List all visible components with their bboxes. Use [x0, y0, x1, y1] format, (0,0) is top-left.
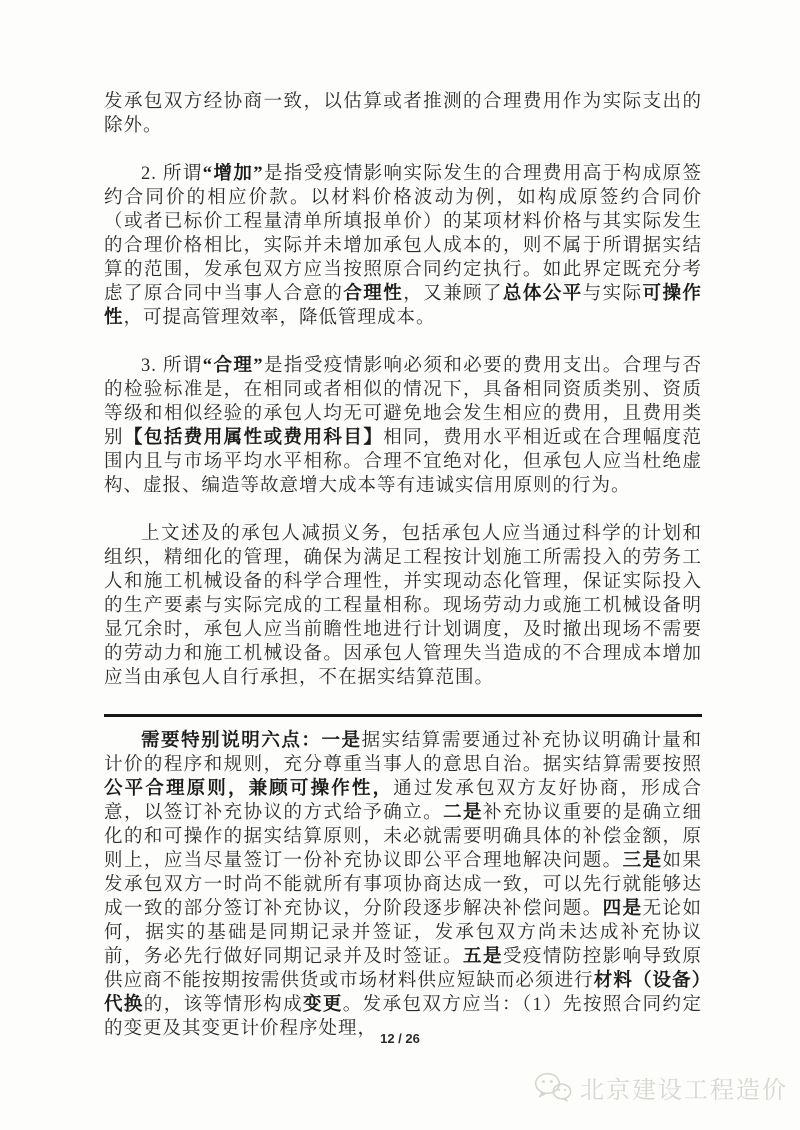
document-page: 发承包双方经协商一致，以估算或者推测的合理费用作为实际支出的除外。2. 所谓“增… — [0, 0, 800, 1130]
paragraph: 发承包双方经协商一致，以估算或者推测的合理费用作为实际支出的除外。 — [104, 90, 702, 138]
watermark: 北京建设工程造价 — [533, 1070, 788, 1105]
paragraph: 2. 所谓“增加”是指受疫情影响实际发生的合理费用高于构成原签约合同价的相应价款… — [104, 162, 702, 330]
page-number: 12 / 26 — [0, 1031, 800, 1046]
paragraph: 3. 所谓“合理”是指受疫情影响必须和必要的费用支出。合理与否的检验标准是，在相… — [104, 354, 702, 498]
document-body: 发承包双方经协商一致，以估算或者推测的合理费用作为实际支出的除外。2. 所谓“增… — [104, 90, 702, 1065]
paragraph: 上文述及的承包人减损义务，包括承包人应当通过科学的计划和组织，精细化的管理，确保… — [104, 522, 702, 690]
section-divider — [104, 714, 702, 717]
paragraph: 需要特别说明六点：一是据实结算需要通过补充协议明确计量和计价的程序和规则，充分尊… — [104, 729, 702, 1041]
watermark-text: 北京建设工程造价 — [580, 1070, 788, 1105]
wechat-icon — [533, 1071, 573, 1104]
